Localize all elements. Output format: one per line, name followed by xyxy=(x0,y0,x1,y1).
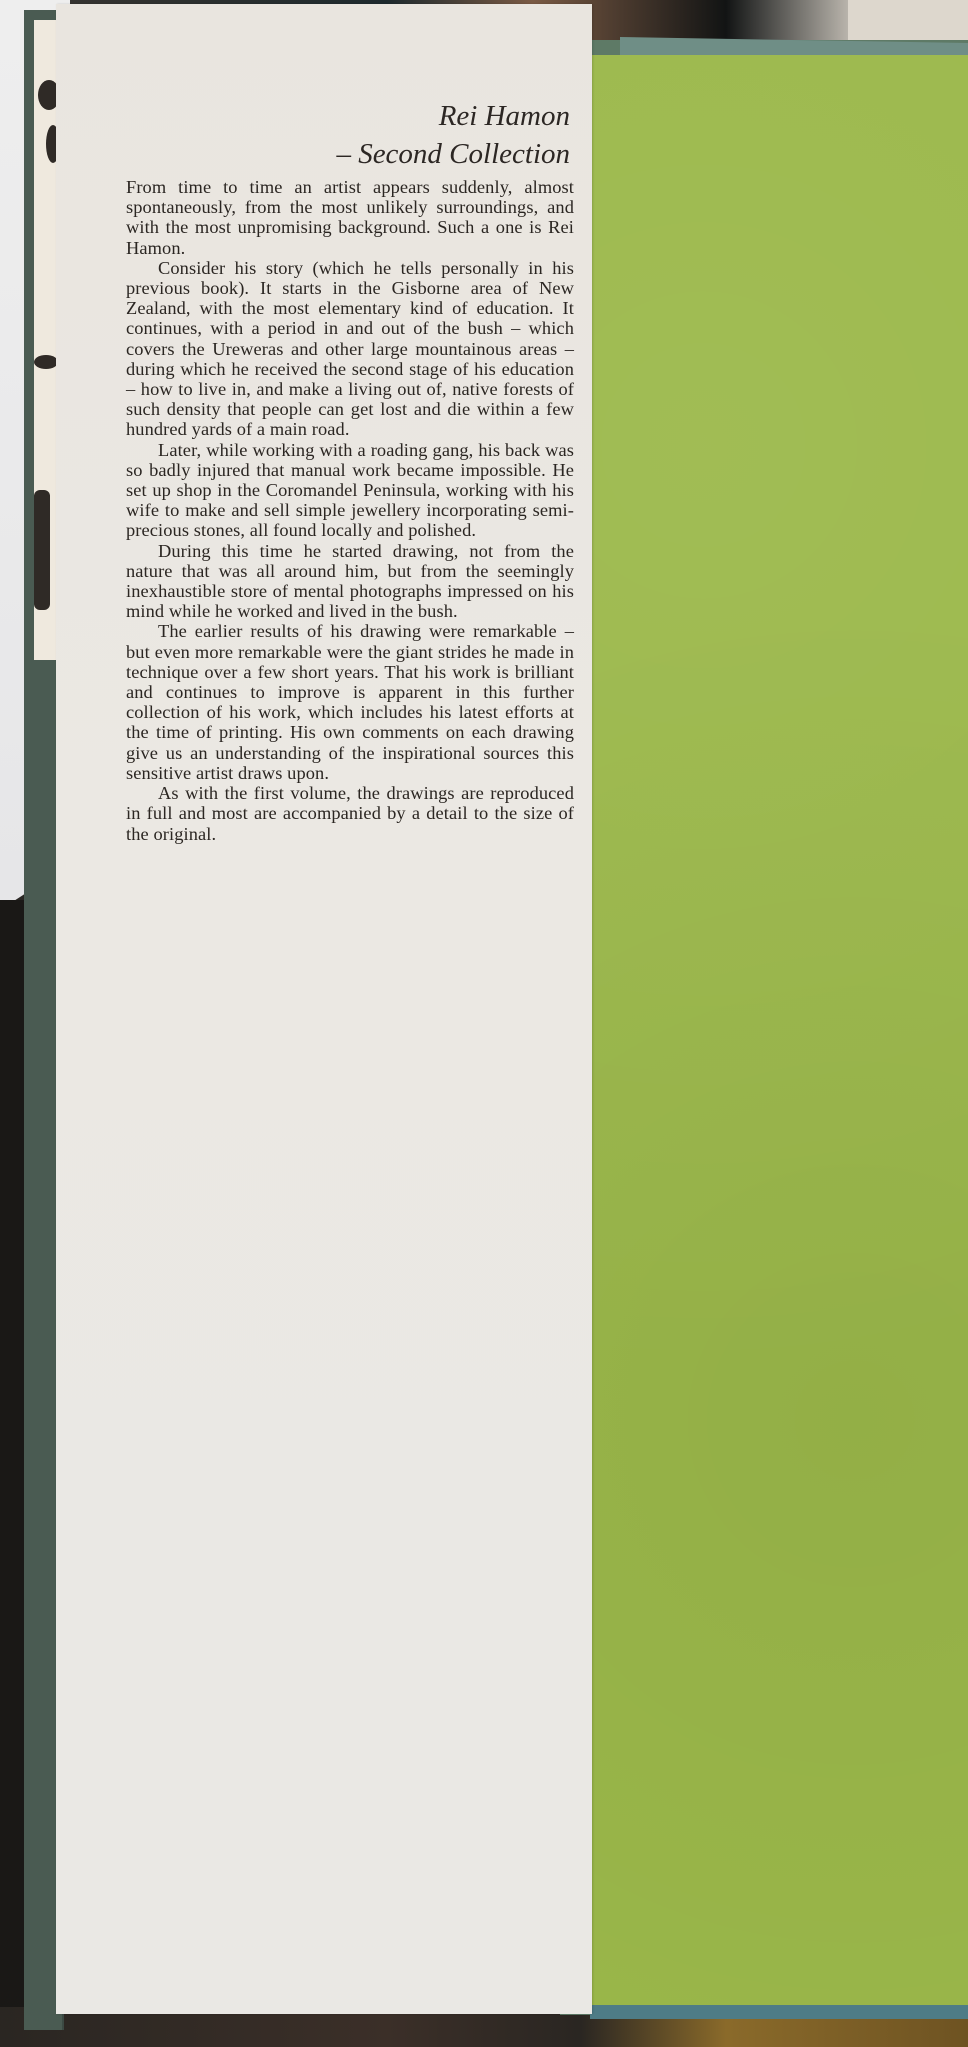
spine-mark xyxy=(34,490,50,610)
title-subtitle: – Second Collection xyxy=(126,135,570,173)
book-cover-bottom-edge xyxy=(590,2005,968,2019)
blurb-body: From time to time an artist appears sudd… xyxy=(126,177,574,844)
blurb-paragraph: Later, while working with a roading gang… xyxy=(126,440,574,541)
blurb-paragraph: The earlier results of his drawing were … xyxy=(126,621,574,783)
dust-jacket-flap: Rei Hamon – Second Collection From time … xyxy=(56,4,592,2014)
blurb-paragraph: Consider his story (which he tells perso… xyxy=(126,258,574,440)
blurb-paragraph: As with the first volume, the drawings a… xyxy=(126,783,574,844)
title-author: Rei Hamon xyxy=(126,97,570,135)
blurb-paragraph: From time to time an artist appears sudd… xyxy=(126,177,574,258)
blurb-paragraph: During this time he started drawing, not… xyxy=(126,541,574,622)
spine-mark xyxy=(34,355,58,369)
flap-content: Rei Hamon – Second Collection From time … xyxy=(126,97,574,844)
book-cover-green-endpaper xyxy=(590,55,968,2005)
book-title: Rei Hamon – Second Collection xyxy=(126,97,570,173)
